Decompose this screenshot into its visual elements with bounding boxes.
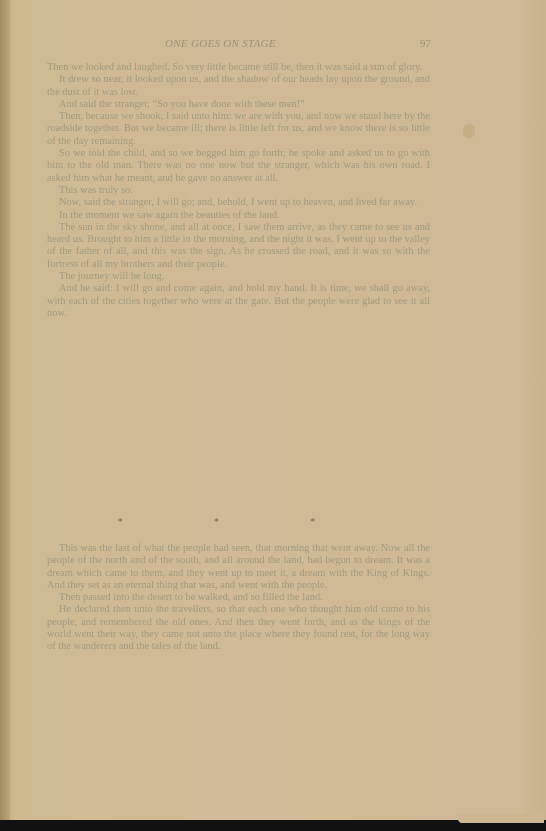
running-head: ONE GOES ON STAGE bbox=[165, 38, 276, 50]
paragraph: And he said: I will go and come again, a… bbox=[47, 283, 430, 320]
spine-shadow bbox=[0, 0, 10, 820]
paragraph: This was the last of what the people had… bbox=[47, 543, 430, 592]
page-header: ONE GOES ON STAGE 97 bbox=[47, 38, 437, 52]
paragraph: Then, because we shook, I said unto him:… bbox=[47, 111, 430, 148]
page-corner bbox=[458, 814, 544, 823]
paragraph: Then we looked and laughed. So very litt… bbox=[47, 62, 430, 74]
paragraph: And said the stranger, “So you have done… bbox=[47, 99, 430, 111]
paragraph: So we told the child, and so we begged h… bbox=[47, 148, 430, 185]
scan-border bbox=[0, 820, 546, 831]
body-text-after-break: This was the last of what the people had… bbox=[47, 543, 430, 654]
body-text-before-break: Then we looked and laughed. So very litt… bbox=[47, 62, 430, 320]
page-number: 97 bbox=[420, 38, 431, 50]
paragraph: The journey will be long. bbox=[47, 271, 430, 283]
book-page: ONE GOES ON STAGE 97 Then we looked and … bbox=[0, 0, 546, 820]
paragraph: He declared then unto the travellers, so… bbox=[47, 604, 430, 653]
paragraph: It drew so near, it looked upon us, and … bbox=[47, 74, 430, 99]
paragraph: In the moment we saw again the beauties … bbox=[47, 210, 430, 222]
paragraph: Now, said the stranger, I will go; and, … bbox=[47, 197, 430, 209]
paragraph: The sun in the sky shone, and all at onc… bbox=[47, 222, 430, 271]
paragraph: Then passed into the desert to be walked… bbox=[47, 592, 430, 604]
paragraph: This was truly so. bbox=[47, 185, 430, 197]
section-break-asterisks: * * * bbox=[47, 516, 430, 530]
margin-stain-mark bbox=[463, 124, 475, 138]
